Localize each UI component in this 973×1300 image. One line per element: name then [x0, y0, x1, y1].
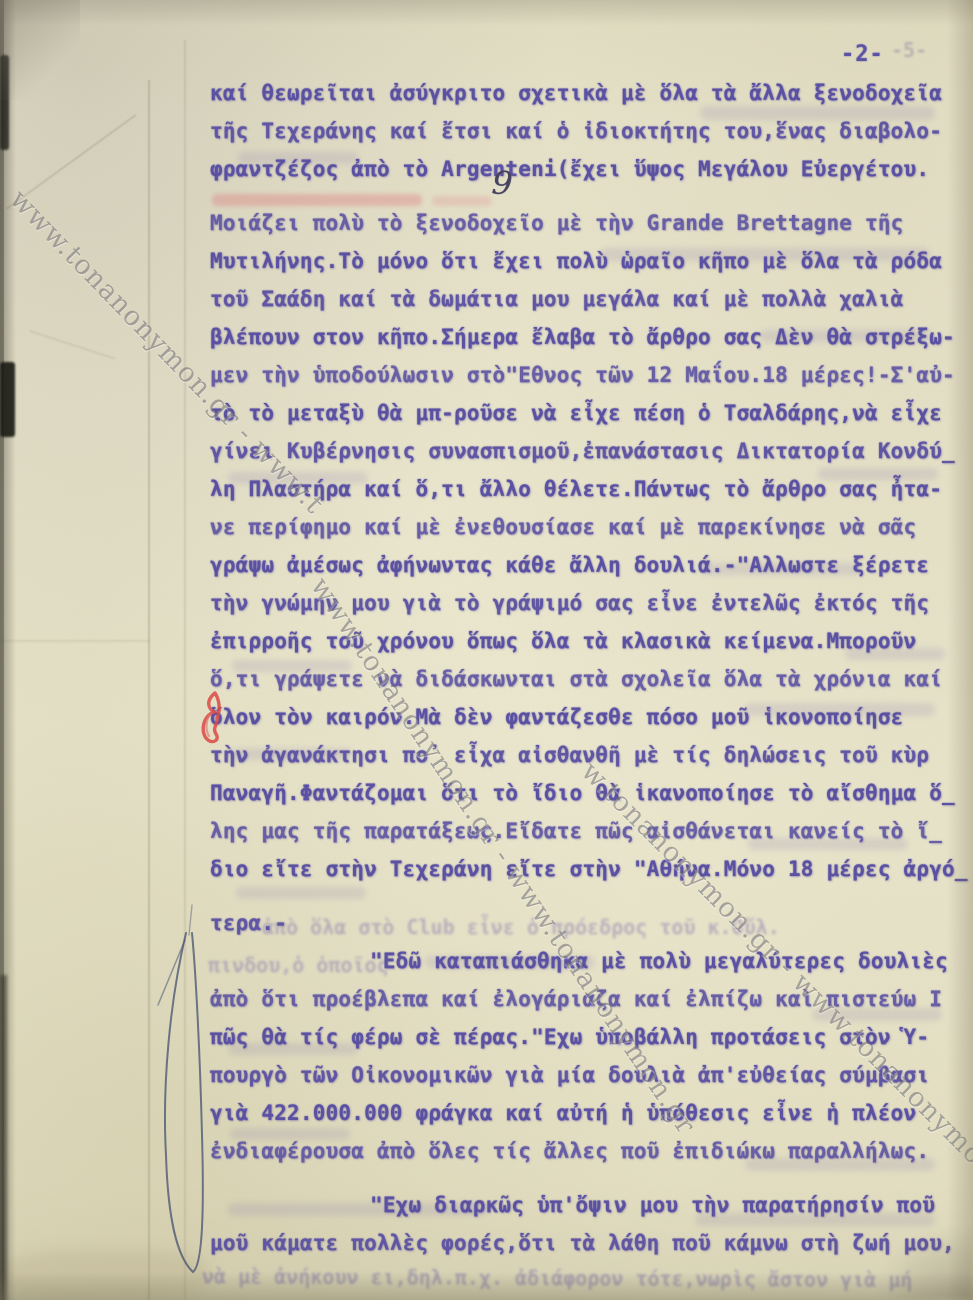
typewritten-text: καί θεωρεῖται ἀσύγκριτο σχετικὰ μὲ ὅλα τ…: [210, 74, 952, 1262]
text-line: λης μας τῆς παρατάξεως.Εἴδατε πῶς αἰσθάν…: [210, 812, 952, 850]
text-line: τοῦ Σαάδη καί τὰ δωμάτια μου μεγάλα καί …: [210, 280, 952, 318]
text-line: τὴν ἀγανάκτησι πο᾽ εἶχα αἰσθανθῆ μὲ τίς …: [210, 736, 952, 774]
text-line: Μυτιλήνης.Τὸ μόνο ὅτι ἔχει πολὺ ὡραῖο κῆ…: [210, 242, 952, 280]
text-line: πουργὸ τῶν Οἰκονομικῶν γιὰ μία δουλιὰ ἀπ…: [210, 1056, 952, 1094]
text-line: ὅ,τι γράψετε νὰ διδάσκωνται στὰ σχολεῖα …: [210, 660, 952, 698]
edge-shadow-blob: [0, 55, 9, 150]
ghost-line: νὰ μὲ ἀνήκουν ει,δηλ.π.χ. ἀδιάφορον τότε…: [202, 1264, 913, 1292]
corner-shadow-topleft: [0, 0, 80, 100]
scanned-letter-page: ἀπὸ ὅλα στὸ Club εἶνε ὁ πρόεδρος τοῦ κ.Ο…: [0, 0, 973, 1300]
text-line: Μοιάζει πολὺ τὸ ξενοδοχεῖο μὲ τὴν Grande…: [210, 204, 952, 242]
text-line: τὸ τὸ μεταξὺ θὰ μπ-ροῦσε νὰ εἶχε πέση ὁ …: [210, 394, 952, 432]
ghost-page-number: -5-: [891, 38, 927, 62]
text-line: ἐπιρροῆς τοῦ χρόνου ὅπως ὅλα τὰ κλασικὰ …: [210, 622, 952, 660]
red-pen-mark: [190, 690, 235, 760]
horizontal-crease: [0, 640, 150, 642]
text-line: φραντζέζος ἀπὸ τὸ Argenteni(ἔχει ὕψος Με…: [210, 150, 952, 188]
text-line: βλέπουν στον κῆπο.Σήμερα ἔλαβα τὸ ἄρθρο …: [210, 318, 952, 356]
edge-shadow-blob: [0, 975, 7, 1300]
text-line: μεν τὴν ὑποδούλωσιν στὸ"Εθνος τῶν 12 Μαΐ…: [210, 356, 952, 394]
edge-shadow-blob: [0, 362, 15, 437]
diagonal-crease: [29, 330, 115, 360]
text-line: γιὰ 422.000.000 φράγκα καί αὐτή ἡ ὑπόθεσ…: [210, 1094, 952, 1132]
text-line: μοῦ κάματε πολλὲς φορές,ὅτι τὰ λάθη ποῦ …: [210, 1224, 952, 1262]
text-line: ἐνδιαφέρουσα ἀπὸ ὅλες τίς ἄλλες ποῦ ἐπιδ…: [210, 1132, 952, 1170]
text-line: τῆς Τεχεράνης καί ἔτσι καί ὁ ἰδιοκτήτης …: [210, 112, 952, 150]
handwritten-digit: 9: [490, 163, 514, 203]
text-line: διο εἴτε στὴν Τεχεράνη εἴτε στὴν "Αθήνα.…: [210, 850, 952, 888]
page-number: -2-: [841, 42, 884, 67]
text-line: ὅλον τὸν καιρόν.Μὰ δὲν φαντάζεσθε πόσο μ…: [210, 698, 952, 736]
text-line: "Εχω διαρκῶς ὑπ'ὄψιν μου τὴν παρατήρησίν…: [210, 1186, 952, 1224]
text-line: νε περίφημο καί μὲ ἐνεθουσίασε καί μὲ πα…: [210, 508, 952, 546]
paper-edge-top: [0, 0, 973, 26]
text-line: τερα.-: [210, 904, 952, 942]
text-line: καί θεωρεῖται ἀσύγκριτο σχετικὰ μὲ ὅλα τ…: [210, 74, 952, 112]
paper-edge-left-line: [0, 0, 4, 1300]
text-line: γίνει Κυβέρνησις συνασπισμοῦ,ἐπανάστασις…: [210, 432, 952, 470]
blue-pen-margin-bracket: [140, 895, 220, 1285]
